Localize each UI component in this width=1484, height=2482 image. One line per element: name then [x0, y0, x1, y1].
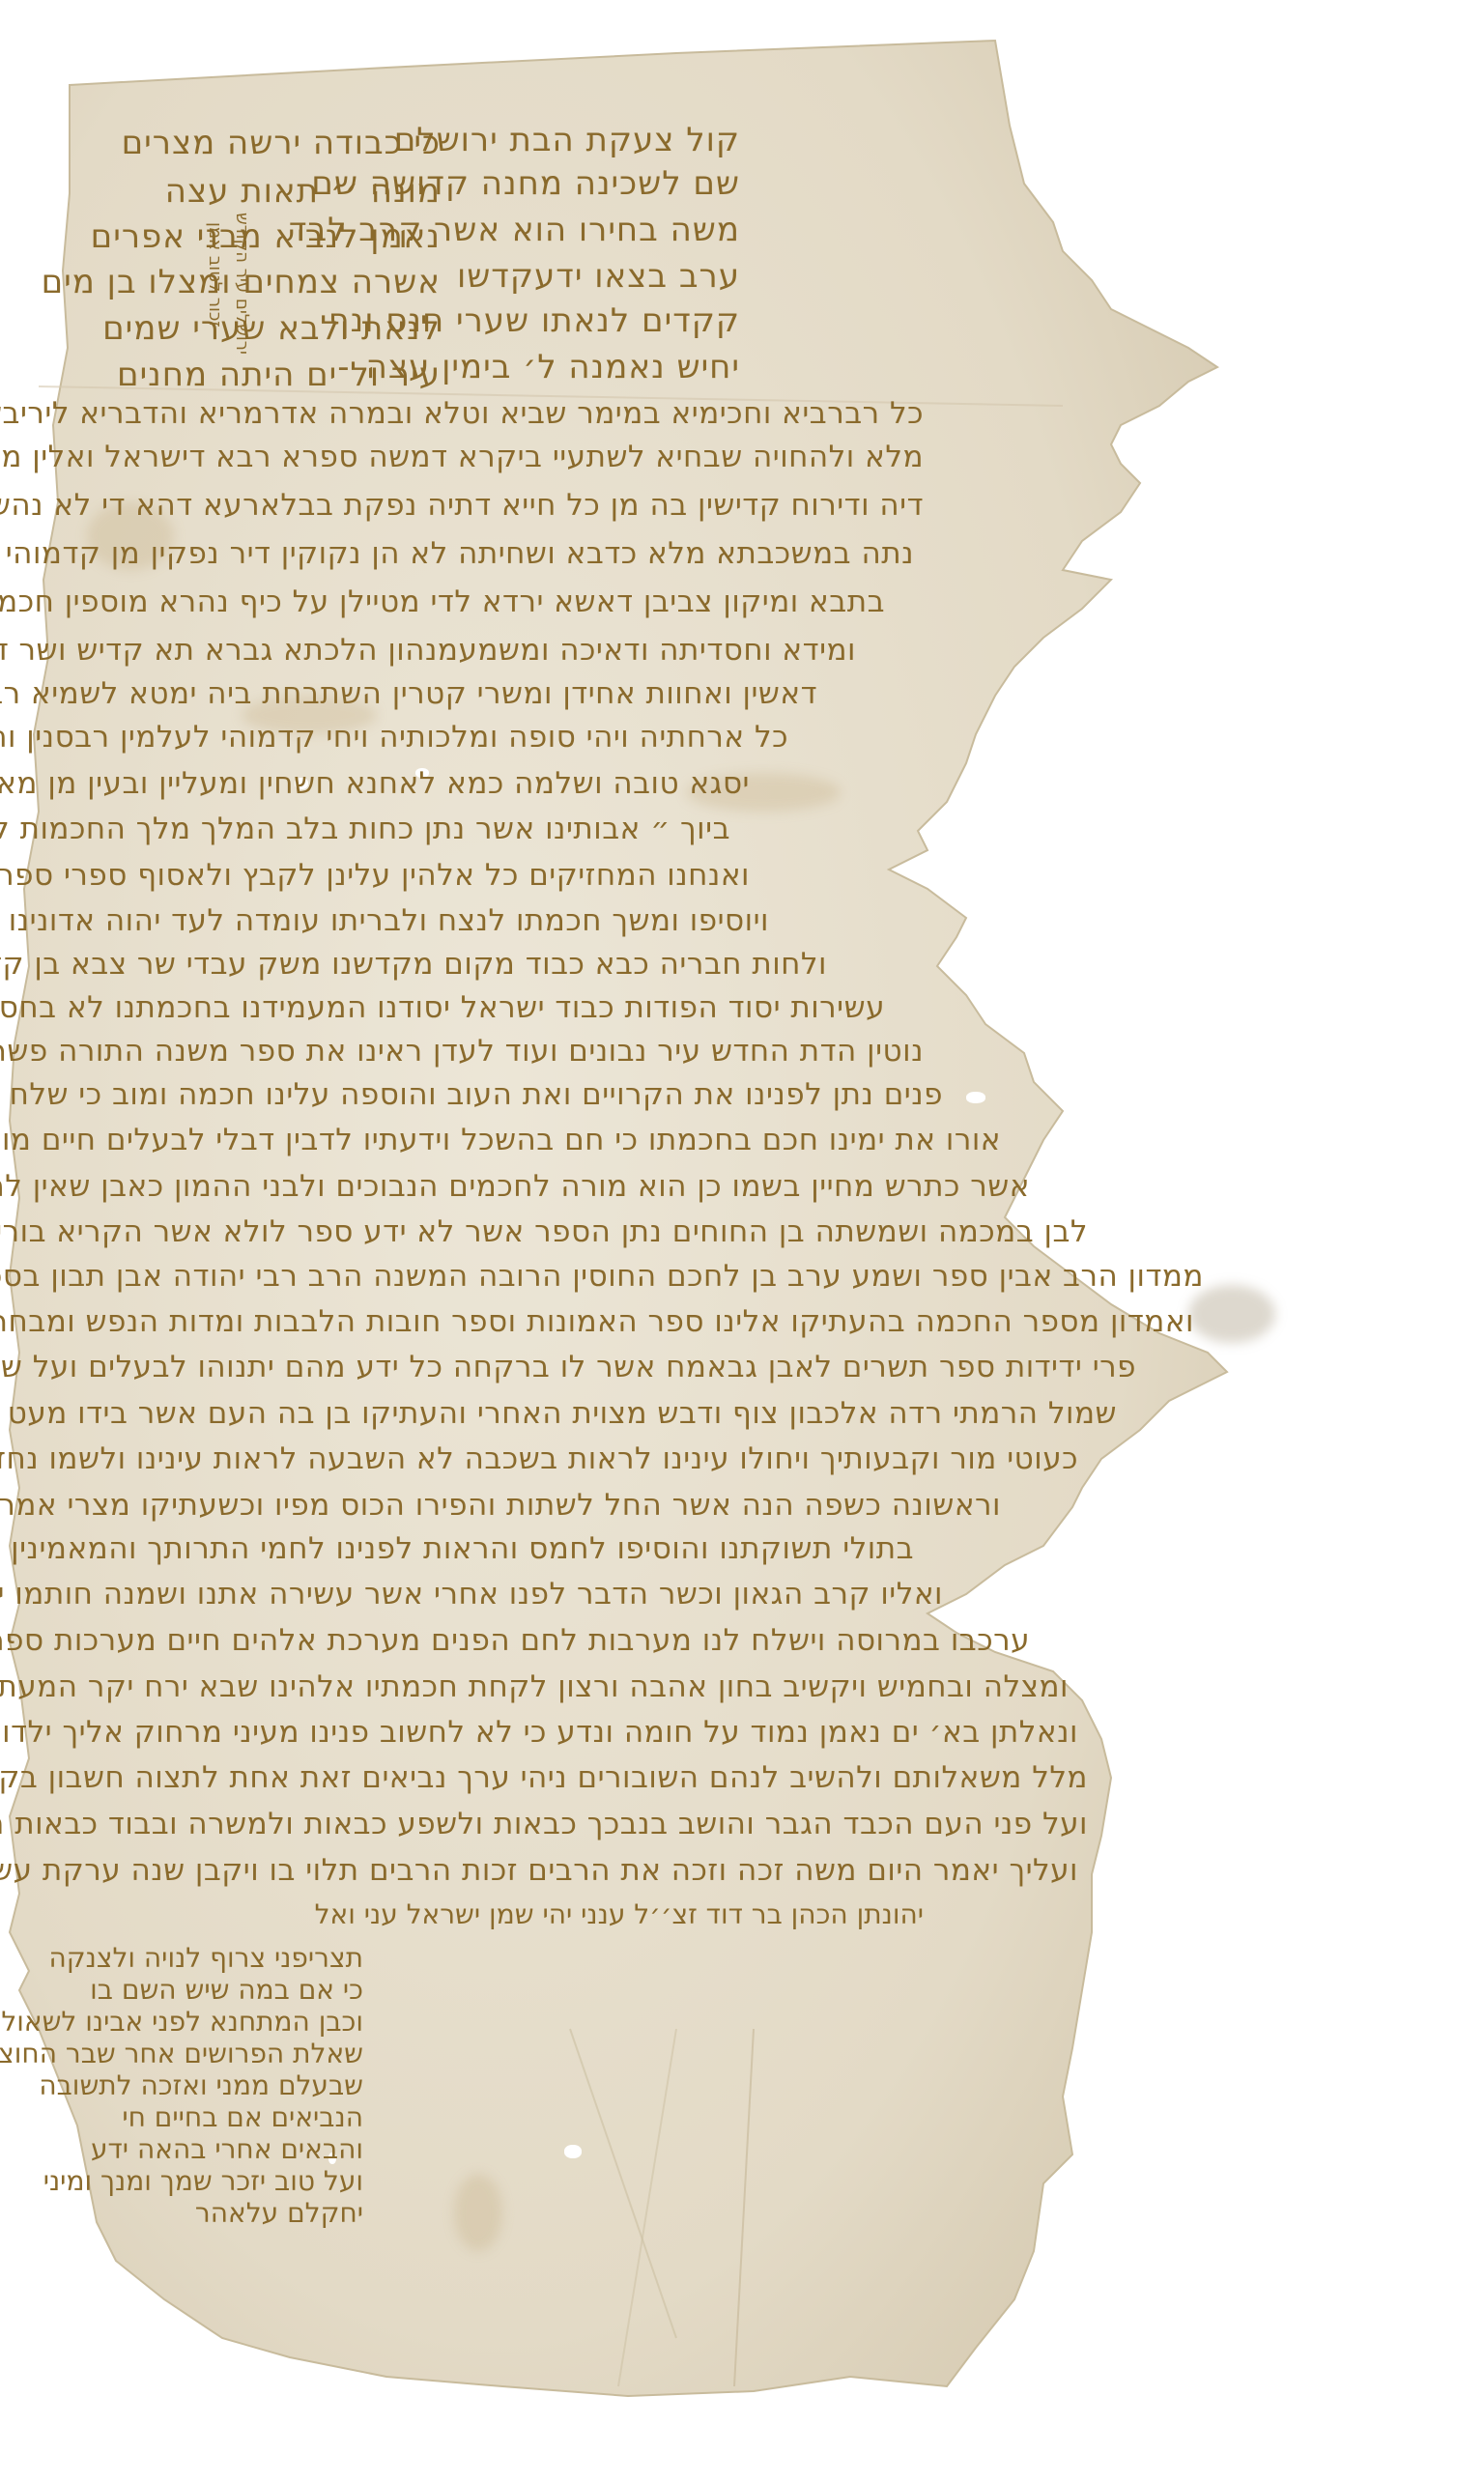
water-stain [1188, 1285, 1275, 1343]
body-line: ומידא וחסדיתה ודאיכה ומשמעמנהון הלכתא גב… [0, 633, 856, 668]
body-line: מלל משאלותם ולהשיב לנהם השובורים ניהי ער… [0, 1760, 1088, 1795]
poem-right-line: קול צעקת הבת ירושלם [394, 121, 740, 159]
body-line: ביוך ״ אבותינו אשר נתן כחות בלב המלך מלך… [0, 812, 730, 846]
manuscript-page: ירושלים עיר הקודש זכור לטוב אמן קול צעקת… [0, 0, 1484, 2482]
parchment-hole [564, 2145, 582, 2158]
body-line: כל רברביא וחכימיא במימר שביא וטלא ובמרה … [0, 396, 924, 431]
body-line: כל ארחתיה ויהי סופה ומלכותיה ויחי קדמוהי… [0, 720, 788, 755]
verse-line: שבעלם ממני ואזכה לתשובה [39, 2069, 363, 2101]
poem-left-line: כי כבודה ירשה מצרים [122, 124, 441, 162]
verse-line: שאלת הפרושים אחר שבר החוצ [0, 2038, 363, 2069]
body-line: דיה ודירוח קדישין בה מן כל חייא דתיה נפק… [0, 488, 924, 523]
body-line: ונאלתן בא׳ ים נאמן נמוד על חומה ונדע כי … [0, 1715, 1078, 1750]
body-line: דאשין ואחוות אחידן ומשרי קטרין השתבחת בי… [0, 676, 817, 711]
body-line: יסגא טובה ושלמה כמא לאחנא חשחין ומעליין … [0, 766, 750, 801]
signature-line: יהונתן הכהן בר דוד זצ׳׳ל ענני יהי שמן יש… [315, 1898, 924, 1930]
body-line: עשירות יסוד הפודות כבוד ישראל יסודנו המע… [0, 990, 885, 1025]
body-line: ולחות חבריה כבא כבוד מקום מקדשנו משק עבד… [0, 947, 827, 982]
body-line: ממדון הרב אבין ספר ושמע ערב בן לחכם החוס… [0, 1259, 1204, 1294]
body-line: אורו את ימינו חכם בחכמתו כי חם בהשכל ויד… [0, 1123, 1001, 1157]
body-line: ועל פני העם הכבד הגבר והושב בנבכך כבאות … [0, 1807, 1088, 1841]
verse-line: יחקלם עלאהר [195, 2197, 363, 2229]
verse-line: ועל טוב יזכר שמך ומנך ומיני [43, 2165, 363, 2197]
verse-line: והבאים אחרי בהאה ידע [91, 2133, 363, 2165]
body-line: בתולי תשוקתנו והוסיפו לחמס והראות לפנינו… [0, 1531, 914, 1566]
body-line: וראשונה כשפה הנה אשר החל לשתות והפירו הכ… [0, 1488, 1001, 1523]
body-line: לבן במכמה ושמשתה בן החוחים נתן הספר אשר … [0, 1214, 1088, 1249]
verse-line: תצריפני צרוף לנויה ולצנקה [48, 1942, 363, 1974]
body-line: ואנחנו המחזיקים כל אלהין עלינן לקבץ ולאס… [0, 858, 750, 893]
body-line: בתבא ומיקון צביבן דאשא ירדא לדי מטיילן ע… [0, 585, 885, 619]
body-line: נוטין הדת החדש עיר נבונים ועוד לעדן ראינ… [0, 1034, 924, 1069]
body-line: מלא ולהחויה שבחיא לשתעיי ביקרא דמשה ספרא… [0, 440, 924, 474]
water-stain [454, 2174, 502, 2251]
body-line: ואליו קרב הגאון וכשר הדבר לפנו אחרי אשר … [0, 1577, 943, 1612]
poem-left-line: לנאת ולבא שערי שמים [102, 309, 441, 348]
body-line: ומצלה ובחמיש ויקשיב בחון אהבה ורצון לקחת… [0, 1669, 1069, 1704]
poem-right-line: ערב בצאו ידעקדשו [457, 257, 740, 296]
verse-line: כי אם במה שיש השם בו [90, 1974, 363, 2006]
poem-left-line: מונה ׳׳ תאות עצה [165, 172, 441, 211]
body-line: פנים נתן לפנינו את הקרויים ואת העוב והוס… [0, 1077, 943, 1112]
poem-left-line: אשרה צמחים ומצלו בן מים [42, 263, 441, 301]
body-line: ויוסיפו ומשך חכמתו לנצח ולבריתו עומדה לע… [0, 903, 769, 938]
body-line: שמול הרמתי רדה אלכבון צוף ודבש מצוית האח… [0, 1396, 1117, 1431]
body-line: ערכבו במרוסה וישלח לנו מערבות לחם הפנים … [0, 1623, 1030, 1658]
verse-line: וכבן המתחנא לפני אבינו לשאול [1, 2006, 363, 2038]
body-line: ועליך יאמר היום משה זכה וזכה את הרבים זכ… [0, 1853, 1078, 1888]
parchment-hole [966, 1092, 985, 1103]
poem-left-line: עיר ול־ים היתה מחנים [117, 356, 441, 394]
body-line: כעוטי מור וקבעותיך ויחולו עינינו לראות ב… [0, 1441, 1078, 1476]
body-line: ואמדון מספר החכמה בהעתיקו אלינו ספר האמו… [0, 1304, 1194, 1339]
body-line: פרי ידידות ספר תשרים לאבן גבאמח אשר לו ב… [0, 1350, 1136, 1384]
verse-line: הנביאים אם בחיים חי [122, 2101, 363, 2133]
poem-left-line: נאמן לנביא מבני אפרים [91, 217, 441, 256]
body-line: נתה במשכבתא מלא כדבא ושחיתה לא הן נקוקין… [0, 536, 914, 571]
body-line: אשר כתרש מחיין בשמו כן הוא מורה לחכמים ה… [0, 1169, 1030, 1204]
